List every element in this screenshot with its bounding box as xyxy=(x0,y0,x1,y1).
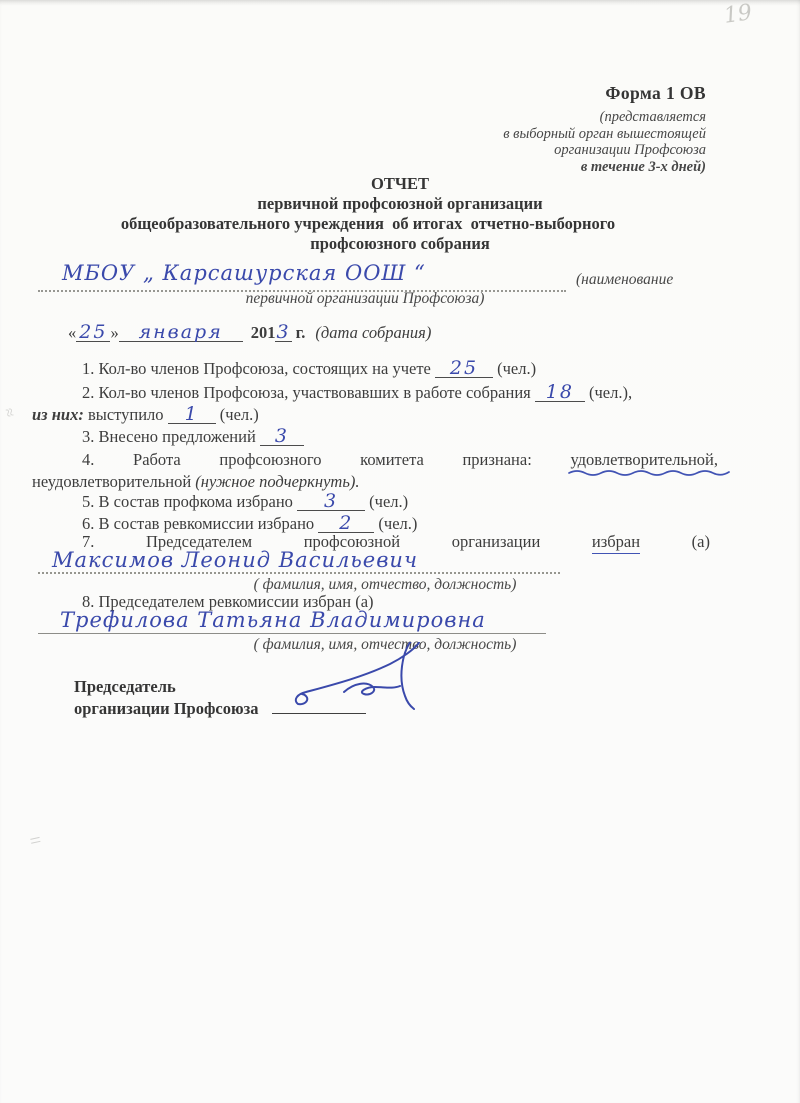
item-4-word: 4. xyxy=(82,450,94,470)
quote-open: « xyxy=(68,323,76,342)
title-line: профсоюзного собрания xyxy=(20,234,780,254)
org-caption-inline: (наименование xyxy=(576,271,673,289)
item-1-value: 25 xyxy=(450,357,478,379)
item-1-label: 1. Кол-во членов Профсоюза, состоящих на… xyxy=(82,359,431,378)
item-6-label: 6. В состав ревкомиссии избрано xyxy=(82,514,314,533)
year-digit-blank: 3 xyxy=(275,324,291,342)
margin-pencil-mark: = xyxy=(28,829,44,854)
form-note-line: (представляется xyxy=(0,109,706,126)
revcom-chair-name-handwritten: Трефилова Татьяна Владимировна xyxy=(60,608,486,632)
item-2-continuation: из них: выступило 1 (чел.) xyxy=(32,405,718,425)
item-5-value: 3 xyxy=(324,490,338,512)
item-4-word: признана: xyxy=(462,450,531,470)
item-7-underlined-word: избран xyxy=(592,532,640,554)
item-5-label: 5. В состав профкома избрано xyxy=(82,492,293,511)
scanned-report-form: 19 ≈ = Форма 1 ОВ (представляется в выбо… xyxy=(0,0,800,1103)
item-4-word: Работа xyxy=(133,450,181,470)
item-5-blank: 3 xyxy=(297,493,365,511)
item-4-line2: неудовлетворительной (нужное подчеркнуть… xyxy=(32,472,718,492)
form-number-label: Форма 1 ОВ xyxy=(0,83,706,104)
handwritten-signature xyxy=(286,642,448,720)
item-6-blank: 2 xyxy=(318,515,374,533)
item-3-value: 3 xyxy=(275,425,289,447)
item-1-suffix: (чел.) xyxy=(497,359,536,378)
item-2: 2. Кол-во членов Профсоюза, участвовавши… xyxy=(32,383,768,403)
item-3: 3. Внесено предложений 3 xyxy=(32,427,768,447)
item-7-word: (а) xyxy=(692,532,710,554)
item-2b-value: 1 xyxy=(185,403,199,425)
item-2-value: 18 xyxy=(546,381,574,403)
year-printed: 201 xyxy=(251,323,276,342)
year-unit: г. xyxy=(292,323,306,342)
item-5-suffix: (чел.) xyxy=(369,492,408,511)
item-2-suffix: (чел.), xyxy=(589,383,632,402)
underlined-choice: удовлетворительной, xyxy=(570,450,718,470)
item-2b-suffix: (чел.) xyxy=(220,405,259,424)
item-4: 4. Работа профсоюзного комитета признана… xyxy=(32,450,718,470)
item-5: 5. В состав профкома избрано 3 (чел.) xyxy=(32,492,768,512)
item-2-label: 2. Кол-во членов Профсоюза, участвовавши… xyxy=(82,383,531,402)
item-6: 6. В состав ревкомиссии избрано 2 (чел.) xyxy=(32,514,768,534)
item-1-blank: 25 xyxy=(435,360,493,378)
item-6-suffix: (чел.) xyxy=(378,514,417,533)
org-caption-below: первичной организации Профсоюза) xyxy=(150,290,580,308)
month-value: января xyxy=(139,321,223,343)
date-caption: (дата собрания) xyxy=(315,323,431,342)
quote-close: » xyxy=(110,323,118,342)
item-1: 1. Кол-во членов Профсоюза, состоящих на… xyxy=(32,359,768,379)
item-4-note: (нужное подчеркнуть). xyxy=(195,472,359,491)
item-4-alt-choice: неудовлетворительной xyxy=(32,472,195,491)
meeting-date-line: «25»января2013 г.(дата собрания) xyxy=(68,323,431,343)
day-blank: 25 xyxy=(76,324,110,342)
day-value: 25 xyxy=(79,321,107,343)
item-2-blank: 18 xyxy=(535,384,585,402)
item-4-word: комитета xyxy=(360,450,424,470)
org-name-handwritten: МБОУ „ Карсашурская ООШ “ xyxy=(62,261,426,285)
chairman-name-handwritten: Максимов Леонид Васильевич xyxy=(52,548,418,572)
title-line: первичной профсоюзной организации xyxy=(20,194,780,214)
form-note-line: в выборный орган вышестоящей xyxy=(0,126,706,143)
footer-role-label: организации Профсоюза xyxy=(74,699,258,718)
pencil-page-number: 19 xyxy=(722,0,753,29)
title-line: общеобразовательного учреждения об итога… xyxy=(0,214,748,234)
item-2b-lead: из них: xyxy=(32,405,84,424)
revcom-chair-name-rule: Трефилова Татьяна Владимировна xyxy=(38,608,546,634)
item-2b-blank: 1 xyxy=(168,406,216,424)
margin-pencil-mark: ≈ xyxy=(0,406,18,420)
form-header: Форма 1 ОВ (представляется в выборный ор… xyxy=(0,83,706,175)
form-note-line: в течение 3-х дней) xyxy=(0,159,706,176)
item-3-blank: 3 xyxy=(260,428,304,446)
chairman-name-rule: Максимов Леонид Васильевич xyxy=(38,548,560,574)
item-2b-label: выступило xyxy=(88,405,164,424)
year-digit: 3 xyxy=(276,321,290,343)
title-line: ОТЧЕТ xyxy=(20,174,780,194)
document-title: ОТЧЕТ первичной профсоюзной организации … xyxy=(20,174,780,254)
item-6-value: 2 xyxy=(339,512,353,534)
item-3-label: 3. Внесено предложений xyxy=(82,427,256,446)
item-4-word: профсоюзного xyxy=(219,450,321,470)
item-4-choice: удовлетворительной, xyxy=(570,450,718,469)
month-blank: января xyxy=(119,324,243,342)
form-note-line: организации Профсоюза xyxy=(0,142,706,159)
